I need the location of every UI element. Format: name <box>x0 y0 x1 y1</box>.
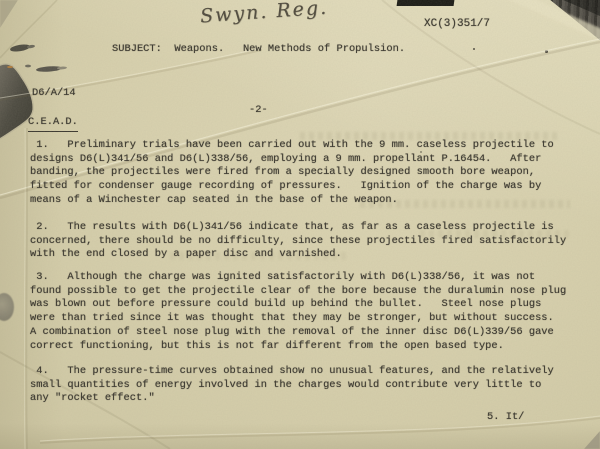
ink-dot <box>473 48 475 50</box>
paragraph-4: 4. The pressure-time curves obtained sho… <box>30 365 582 406</box>
paragraph-1: 1. Preliminary trials have been carried … <box>30 139 582 208</box>
handwritten-registry-note: Swyn. Reg. <box>199 0 328 27</box>
reference-number: XC(3)351/7 <box>424 18 490 32</box>
page-number: -2- <box>249 104 268 118</box>
paragraph-2: 2. The results with D6(L)341/56 indicate… <box>30 221 582 262</box>
corner-shadow-bottom-right <box>584 431 600 449</box>
document-page: Swyn. Reg. XC(3)351/7 SUBJECT: Weapons. … <box>0 0 600 449</box>
continuation-mark: 5. It/ <box>487 411 524 425</box>
dark-mark-top <box>397 0 455 6</box>
addressee: C.E.A.D. <box>28 116 78 132</box>
corner-shadow-top-left <box>0 0 18 28</box>
ink-dot <box>545 50 548 53</box>
torn-paper-edge <box>0 52 60 152</box>
paper-specks <box>0 38 120 128</box>
left-edge-stain <box>0 293 14 321</box>
paragraph-3: 3. Although the charge was ignited satis… <box>30 271 582 353</box>
subject-line: SUBJECT: Weapons. New Methods of Propuls… <box>112 43 405 57</box>
file-reference: D6/A/14 <box>32 87 76 101</box>
